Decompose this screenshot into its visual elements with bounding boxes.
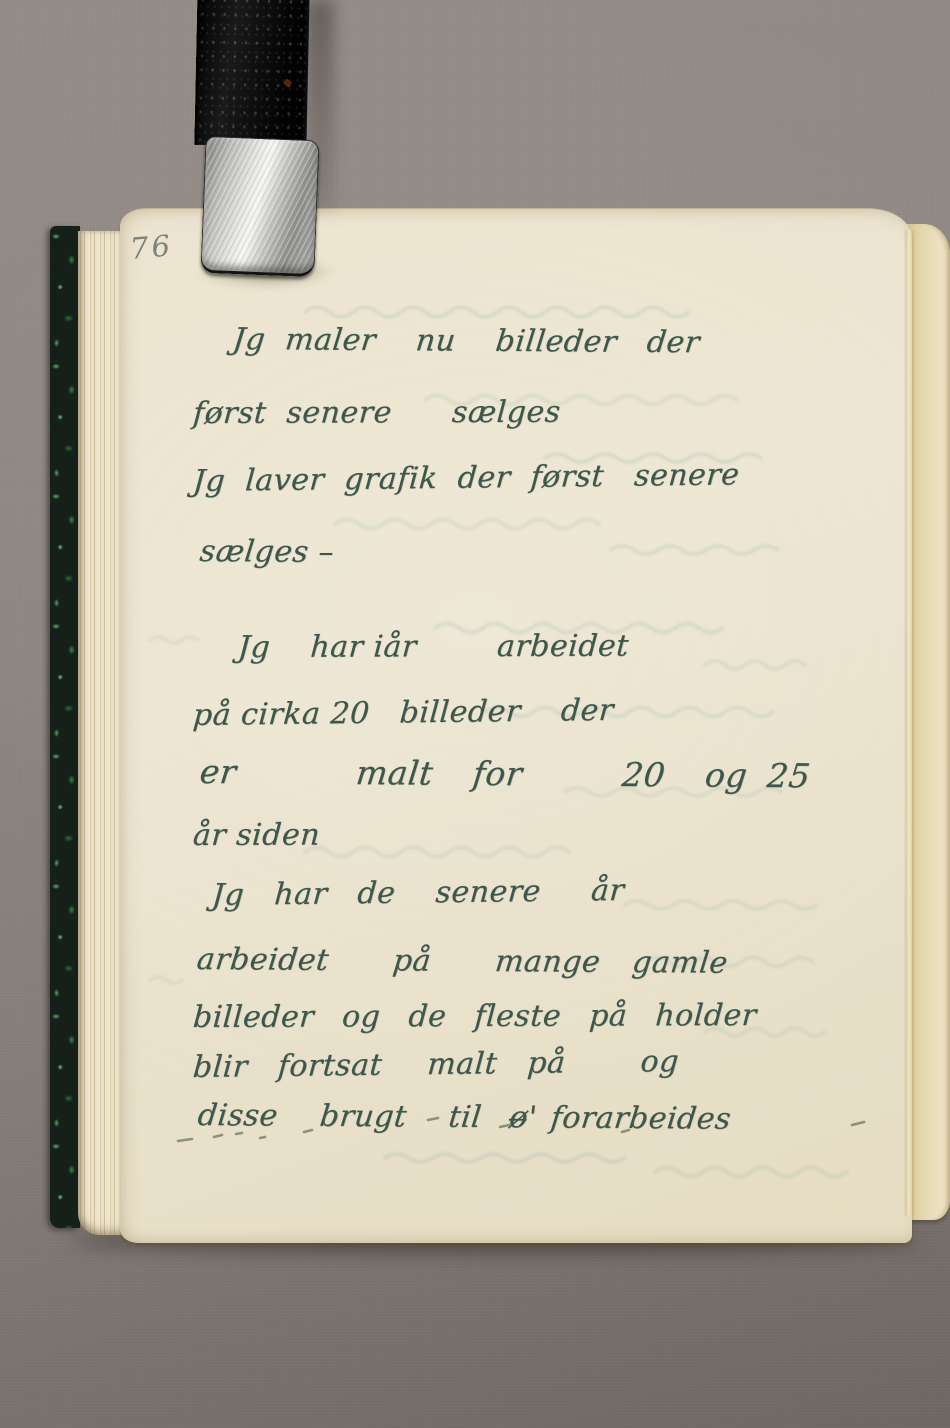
archival-photo: 76 Jg maler nu billeder der først senere…	[0, 0, 950, 1428]
ink-smudges	[0, 0, 950, 1428]
clamp-steel-tip	[200, 136, 319, 277]
clamp-black-bar	[194, 0, 309, 147]
